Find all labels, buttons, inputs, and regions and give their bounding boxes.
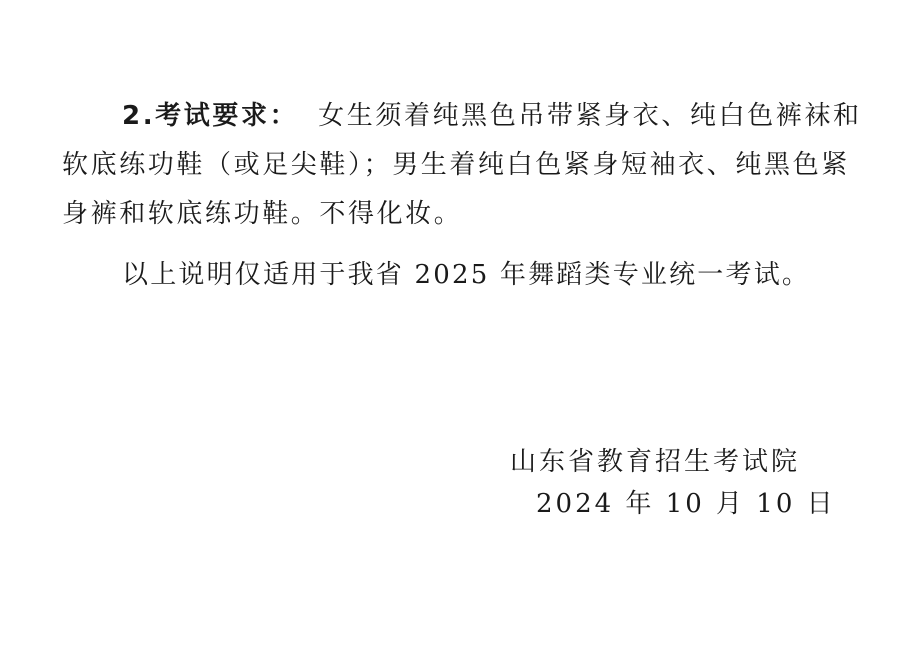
requirements-heading: 2.考试要求：	[122, 101, 298, 131]
document-page: 2.考试要求：女生须着纯黑色吊带紧身衣、纯白色裤袜和 软底练功鞋（或足尖鞋）；男…	[0, 0, 900, 669]
requirements-paragraph-line-1: 2.考试要求：女生须着纯黑色吊带紧身衣、纯白色裤袜和	[122, 101, 862, 131]
requirements-paragraph-line-3: 身裤和软底练功鞋。不得化妆。	[62, 199, 462, 229]
applicability-note: 以上说明仅适用于我省 2025 年舞蹈类专业统一考试。	[122, 260, 810, 290]
signature-date: 2024 年 10 月 10 日	[536, 489, 836, 519]
signature-organization: 山东省教育招生考试院	[510, 447, 800, 477]
requirements-paragraph-line-2: 软底练功鞋（或足尖鞋）；男生着纯白色紧身短袖衣、纯黑色紧	[62, 150, 850, 180]
requirements-text-line-1: 女生须着纯黑色吊带紧身衣、纯白色裤袜和	[318, 101, 861, 131]
